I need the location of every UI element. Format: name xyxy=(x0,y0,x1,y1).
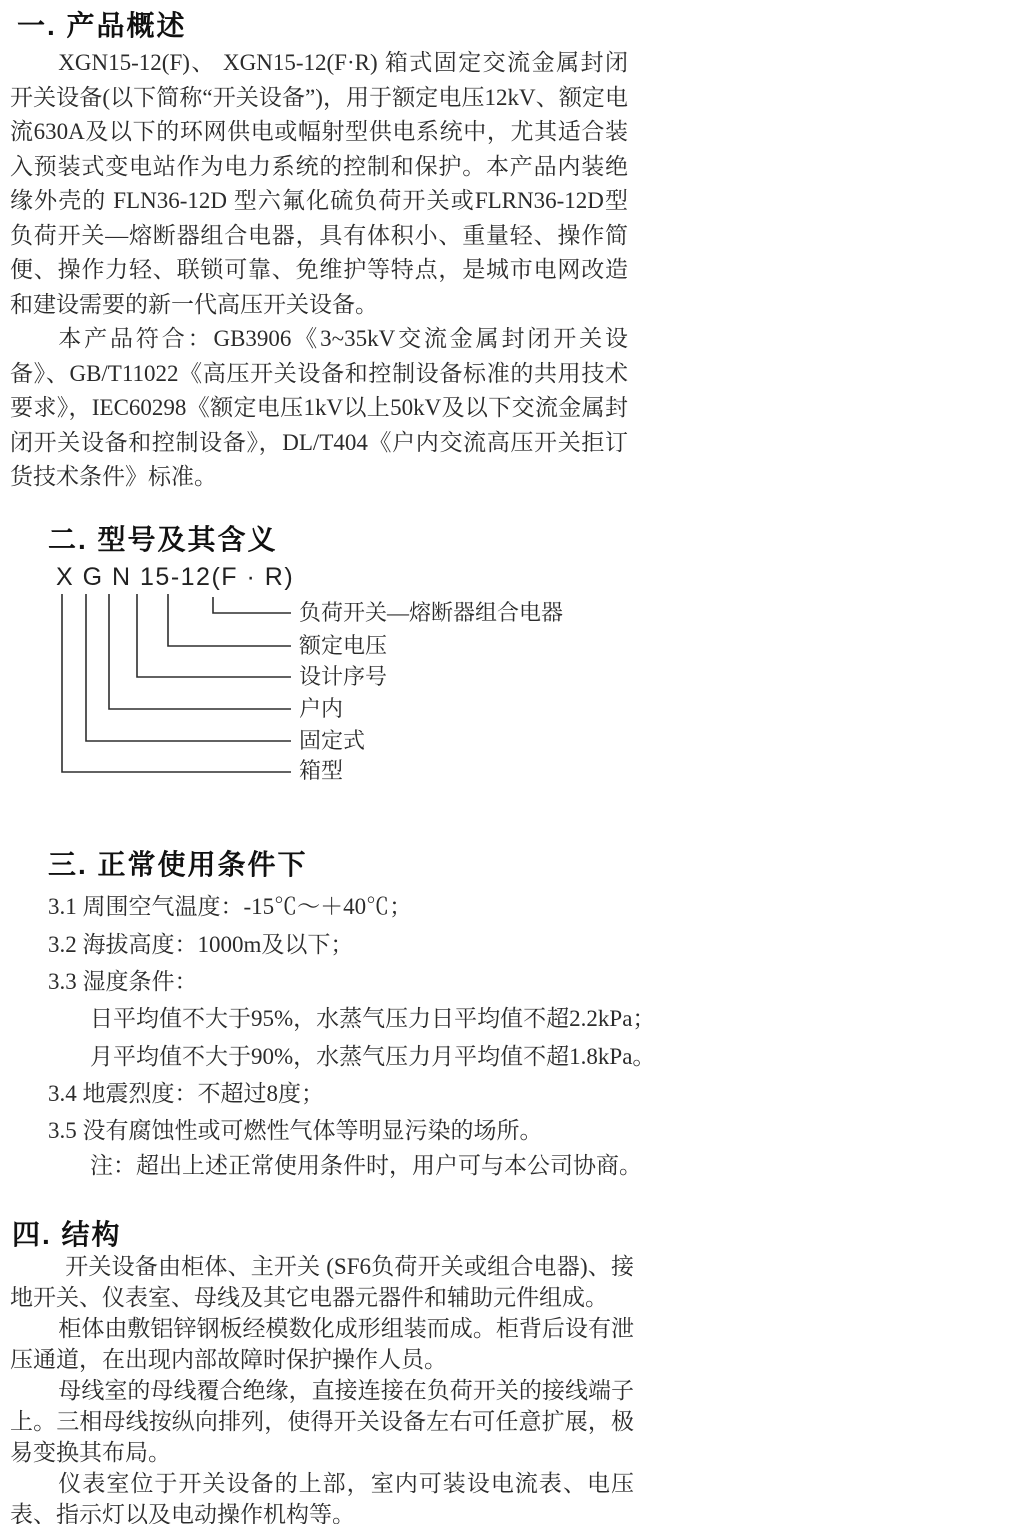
structure-paragraph-3: 母线室的母线覆合绝缘，直接连接在负荷开关的接线端子上。三相母线按纵向排列，使得开… xyxy=(10,1375,634,1468)
diagram-label-fixed-type: 固定式 xyxy=(299,728,365,754)
structure-text-block: 开关设备由柜体、主开关 (SF6负荷开关或组合电器)、接地开关、仪表室、母线及其… xyxy=(10,1251,634,1524)
section-heading-conditions: 三. 正常使用条件下 xyxy=(48,843,308,883)
diagram-label-rated-voltage: 额定电压 xyxy=(299,633,387,659)
diagram-label-box-type: 箱型 xyxy=(299,758,343,784)
condition-note: 注：超出上述正常使用条件时，用户可与本公司协商。 xyxy=(90,1152,642,1180)
connector-fr-combination xyxy=(213,597,291,613)
diagram-label-load-switch-fuse: 负荷开关—熔断器组合电器 xyxy=(299,600,563,626)
connector-rated-voltage xyxy=(168,594,291,646)
condition-item-3-2: 3.2 海拔高度：1000m及以下； xyxy=(48,931,353,959)
section-heading-overview: 一. 产品概述 xyxy=(17,4,187,44)
diagram-label-design-serial: 设计序号 xyxy=(299,664,387,690)
condition-item-daily-humidity: 日平均值不大于95%，水蒸气压力日平均值不超2.2kPa； xyxy=(90,1005,655,1033)
overview-paragraph-2: 本产品符合：GB3906《3~35kV交流金属封闭开关设备》、GB/T11022… xyxy=(10,322,628,495)
section-heading-structure: 四. 结构 xyxy=(12,1213,122,1253)
connector-fixed-type xyxy=(86,594,291,741)
connector-box-type xyxy=(62,594,291,772)
structure-paragraph-1: 开关设备由柜体、主开关 (SF6负荷开关或组合电器)、接地开关、仪表室、母线及其… xyxy=(10,1251,634,1313)
section-heading-model: 二. 型号及其含义 xyxy=(48,518,278,558)
overview-text-block: XGN15-12(F)、 XGN15-12(F·R) 箱式固定交流金属封闭开关设… xyxy=(10,46,628,495)
document-page: 一. 产品概述 XGN15-12(F)、 XGN15-12(F·R) 箱式固定交… xyxy=(0,0,1015,1524)
condition-item-3-4: 3.4 地震烈度：不超过8度； xyxy=(48,1080,324,1108)
connector-design-serial xyxy=(137,594,291,677)
structure-paragraph-4: 仪表室位于开关设备的上部，室内可装设电流表、电压表、指示灯以及电动操作机构等。 xyxy=(10,1468,634,1524)
condition-item-monthly-humidity: 月平均值不大于90%，水蒸气压力月平均值不超1.8kPa。 xyxy=(90,1043,655,1071)
overview-paragraph-1: XGN15-12(F)、 XGN15-12(F·R) 箱式固定交流金属封闭开关设… xyxy=(10,46,628,322)
condition-item-3-1: 3.1 周围空气温度：-15℃～＋40℃； xyxy=(48,893,412,921)
condition-item-3-5: 3.5 没有腐蚀性或可燃性气体等明显污染的场所。 xyxy=(48,1117,543,1145)
condition-item-3-3: 3.3 湿度条件： xyxy=(48,968,198,996)
diagram-label-indoor: 户内 xyxy=(299,696,343,722)
diagram-connector-lines xyxy=(62,594,291,772)
structure-paragraph-2: 柜体由敷铝锌钢板经模数化成形组装而成。柜背后设有泄压通道，在出现内部故障时保护操… xyxy=(10,1313,634,1375)
